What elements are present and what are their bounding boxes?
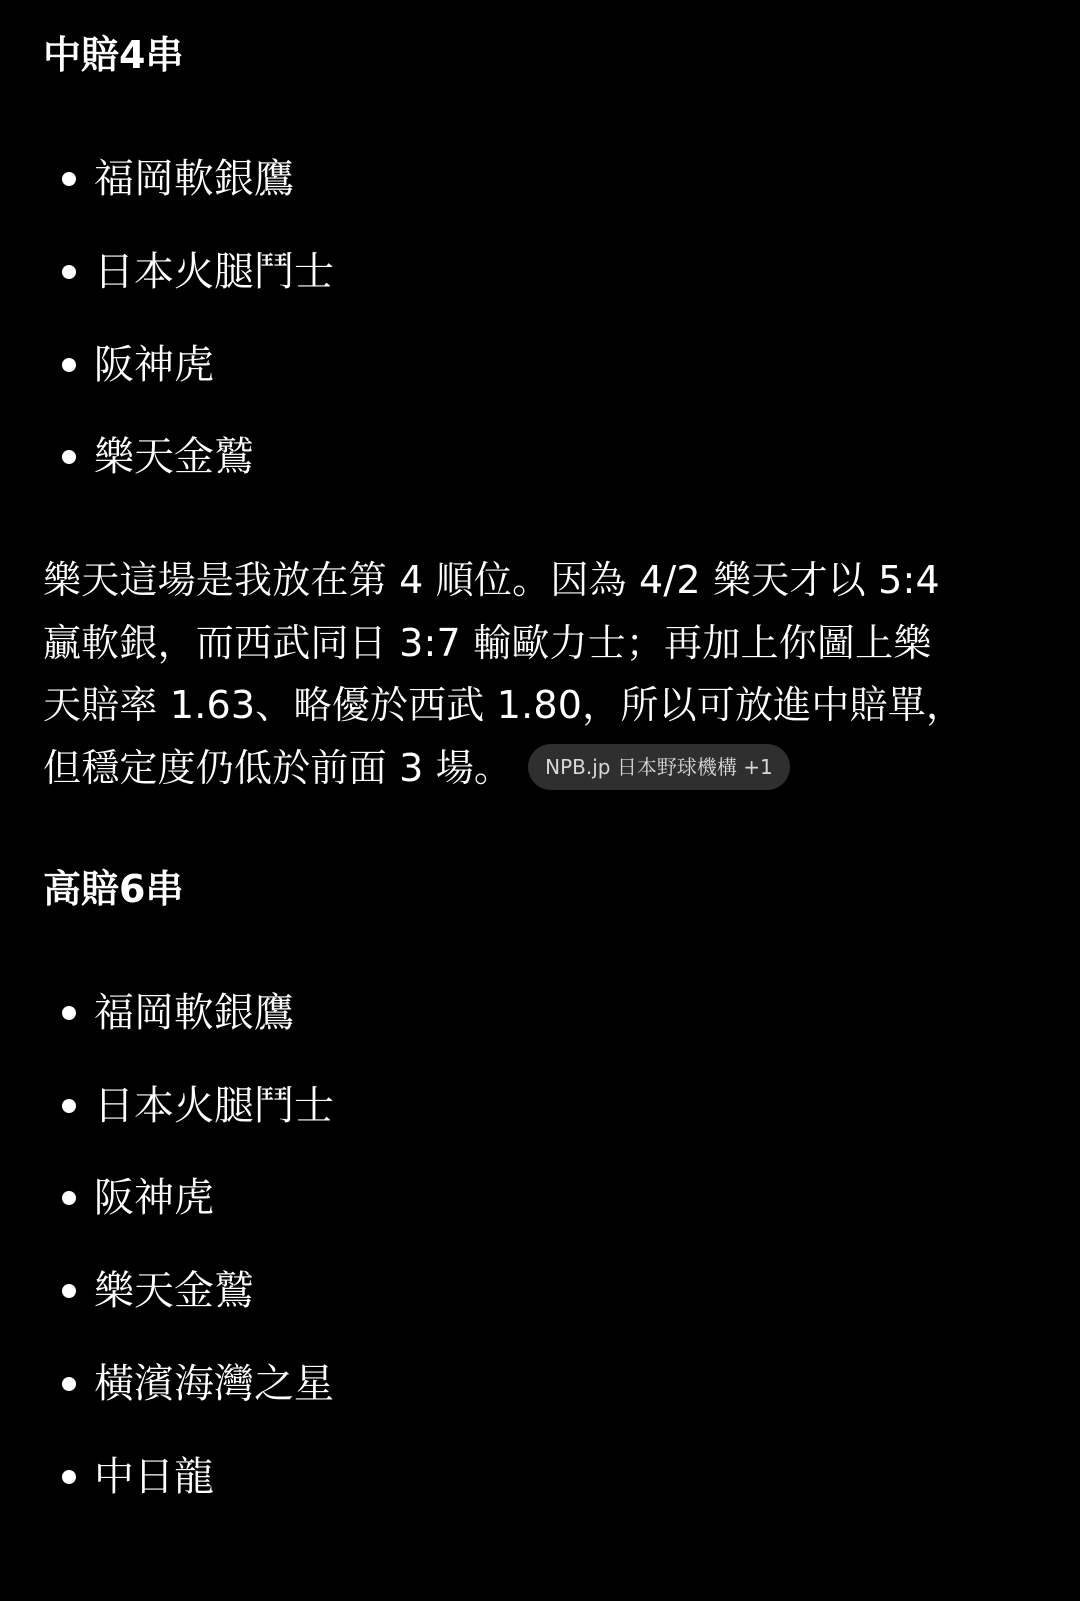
bullet-icon (62, 1284, 76, 1298)
source-citation-chip[interactable]: NPB.jp 日本野球機構 +1 (528, 744, 790, 790)
team-name: 日本火腿鬥士 (94, 1076, 334, 1136)
bullet-icon (62, 1377, 76, 1391)
section-heading-mid-odds: 中賠4串 (43, 30, 183, 80)
bullet-icon (62, 1006, 76, 1020)
paragraph-line: 贏軟銀，而西武同日 3:7 輸歐力士；再加上你圖上樂 (43, 612, 1043, 675)
team-name: 福岡軟銀鷹 (94, 149, 294, 209)
team-name: 橫濱海灣之星 (94, 1354, 334, 1414)
bullet-icon (62, 265, 76, 279)
team-name: 福岡軟銀鷹 (94, 983, 294, 1043)
paragraph-line: 天賠率 1.63、略優於西武 1.80，所以可放進中賠單， (43, 674, 1043, 737)
paragraph-line-text: 但穩定度仍低於前面 3 場。 (43, 746, 512, 790)
bullet-icon (62, 172, 76, 186)
section-heading-high-odds: 高賠6串 (43, 864, 183, 914)
team-name: 樂天金鷲 (94, 1261, 254, 1321)
bullet-icon (62, 1099, 76, 1113)
bullet-icon (62, 358, 76, 372)
team-name: 樂天金鷲 (94, 427, 254, 487)
team-name: 阪神虎 (94, 1168, 214, 1228)
team-name: 日本火腿鬥士 (94, 242, 334, 302)
team-name: 阪神虎 (94, 335, 214, 395)
paragraph-line-last: 但穩定度仍低於前面 3 場。NPB.jp 日本野球機構 +1 (43, 737, 1043, 800)
team-name: 中日龍 (94, 1447, 214, 1507)
bullet-icon (62, 1470, 76, 1484)
explanation-paragraph: 樂天這場是我放在第 4 順位。因為 4/2 樂天才以 5:4 贏軟銀，而西武同日… (43, 549, 1043, 799)
bullet-icon (62, 1191, 76, 1205)
bullet-icon (62, 450, 76, 464)
paragraph-line: 樂天這場是我放在第 4 順位。因為 4/2 樂天才以 5:4 (43, 549, 1043, 612)
